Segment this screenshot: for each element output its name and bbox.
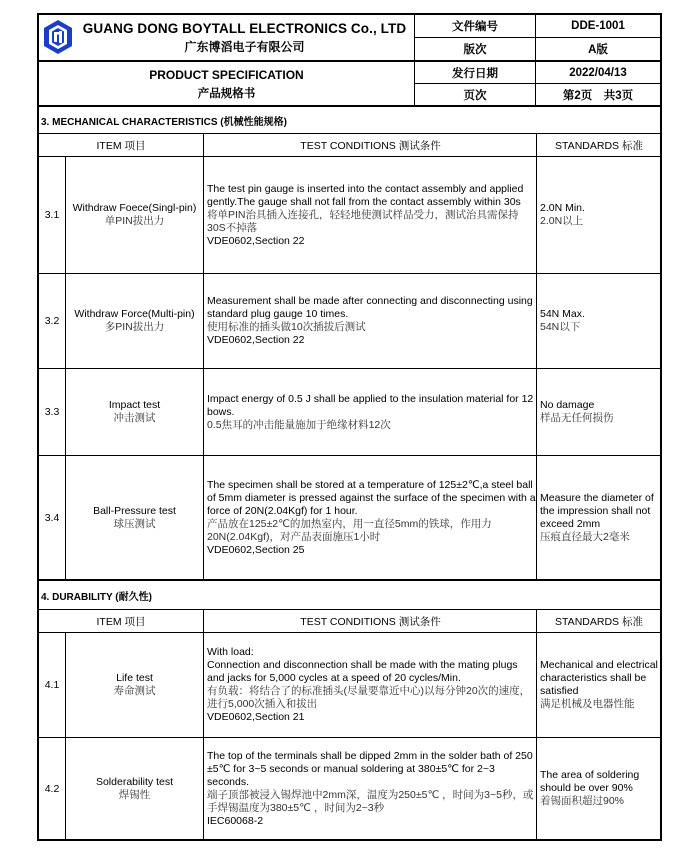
- column-header-item: ITEM 项目: [39, 134, 203, 156]
- test-conditions: The test pin gauge is inserted into the …: [205, 157, 537, 273]
- condition-text-cn: 有负载：将结合了的标准插头(尽量要靠近中心)以每分钟20次的速度，进行5,000…: [207, 685, 537, 711]
- item-name-en: Withdraw Force(Multi-pin): [74, 308, 194, 321]
- condition-reference: VDE0602,Section 22: [207, 334, 537, 347]
- test-conditions: With load: Connection and disconnection …: [205, 633, 537, 737]
- test-conditions: Measurement shall be made after connecti…: [205, 274, 537, 368]
- column-header-conditions: TEST CONDITIONS 测试条件: [204, 134, 537, 156]
- condition-text-en: Measurement shall be made after connecti…: [207, 295, 537, 321]
- standard-text-en: The area of soldering should be over 90%: [540, 769, 660, 795]
- item-name-en: Solderability test: [96, 776, 173, 789]
- meta-value-page: 第2页 共3页: [536, 84, 660, 105]
- column-header-standards: STANDARDS 标准: [538, 610, 660, 632]
- standard-text-cn: 54N以下: [540, 321, 660, 334]
- item-name-cn: 球压测试: [114, 518, 156, 531]
- condition-text-cn: 0.5焦耳的冲击能量施加于绝缘材料12次: [207, 419, 537, 432]
- condition-text-en: The top of the terminals shall be dipped…: [207, 750, 537, 789]
- standards: Mechanical and electrical characteristic…: [538, 633, 660, 737]
- condition-text-cn: 使用标准的插头做10次插拔后测试: [207, 321, 537, 334]
- table-row-item: Withdraw Force(Multi-pin) 多PIN拔出力: [66, 274, 203, 368]
- table-row-item: Impact test 冲击测试: [66, 369, 203, 455]
- standards: Measure the diameter of the impression s…: [538, 456, 660, 580]
- column-header-conditions: TEST CONDITIONS 测试条件: [204, 610, 537, 632]
- document-title-en: PRODUCT SPECIFICATION: [149, 68, 303, 82]
- company-name-cn: 广东博滔电子有限公司: [184, 38, 304, 55]
- condition-text-en: Impact energy of 0.5 J shall be applied …: [207, 393, 537, 419]
- standard-text-en: No damage: [540, 399, 660, 412]
- standard-text-en: 2.0N Min.: [540, 202, 660, 215]
- test-conditions: Impact energy of 0.5 J shall be applied …: [205, 369, 537, 455]
- meta-label-issue-date: 发行日期: [415, 62, 535, 83]
- company-name-en: GUANG DONG BOYTALL ELECTRONICS Co., LTD: [83, 21, 406, 36]
- meta-label-revision: 版次: [415, 38, 535, 60]
- table-row-item: Solderability test 焊锡性: [66, 738, 203, 839]
- item-name-cn: 多PIN拔出力: [105, 321, 165, 334]
- condition-reference: VDE0602,Section 21: [207, 711, 537, 724]
- condition-text-cn: 端子顶部被浸入锡焊池中2mm深，温度为250±5℃ ，时间为3~5秒，或手焊锡温…: [207, 789, 537, 815]
- item-name-cn: 焊锡性: [119, 789, 151, 802]
- condition-text-en: Connection and disconnection shall be ma…: [207, 659, 537, 685]
- standard-text-cn: 样品无任何损伤: [540, 412, 660, 425]
- row-number: 3.3: [39, 369, 65, 455]
- hexagon-cube-logo-icon: [43, 19, 73, 55]
- standard-text-cn: 2.0N以上: [540, 215, 660, 228]
- standard-text-cn: 着锡面积超过90%: [540, 795, 660, 808]
- meta-value-issue-date: 2022/04/13: [536, 62, 660, 83]
- row-number: 3.1: [39, 157, 65, 273]
- document-title-cell: PRODUCT SPECIFICATION 产品规格书: [39, 61, 414, 107]
- condition-reference: IEC60068-2: [207, 815, 537, 828]
- standards: 2.0N Min. 2.0N以上: [538, 157, 660, 273]
- standards: No damage 样品无任何损伤: [538, 369, 660, 455]
- table-row-item: Withdraw Foece(Singl-pin) 单PIN拔出力: [66, 157, 203, 273]
- item-name-en: Ball-Pressure test: [93, 505, 176, 518]
- row-number: 3.4: [39, 456, 65, 580]
- condition-text-cn: 产品放在125±2℃的加热室内，用一直径5mm的铁球，作用力20N(2.04Kg…: [207, 518, 537, 544]
- item-name-cn: 寿命测试: [114, 685, 156, 698]
- standards: The area of soldering should be over 90%…: [538, 738, 660, 839]
- standards: 54N Max. 54N以下: [538, 274, 660, 368]
- condition-label: With load:: [207, 646, 537, 659]
- document-title-cn: 产品规格书: [198, 85, 256, 101]
- condition-reference: VDE0602,Section 25: [207, 544, 537, 557]
- standard-text-cn: 满足机械及电器性能: [540, 698, 660, 711]
- standard-text-en: Measure the diameter of the impression s…: [540, 492, 660, 531]
- item-name-cn: 单PIN拔出力: [105, 215, 165, 228]
- standard-text-en: Mechanical and electrical characteristic…: [540, 659, 660, 698]
- meta-label-page: 页次: [415, 84, 535, 105]
- item-name-en: Withdraw Foece(Singl-pin): [73, 202, 197, 215]
- row-number: 3.2: [39, 274, 65, 368]
- table-row-item: Ball-Pressure test 球压测试: [66, 456, 203, 580]
- item-name-en: Impact test: [109, 399, 160, 412]
- test-conditions: The specimen shall be stored at a temper…: [205, 456, 537, 580]
- meta-value-doc-number: DDE-1001: [536, 15, 660, 37]
- table-row-item: Life test 寿命测试: [66, 633, 203, 737]
- meta-label-doc-number: 文件编号: [415, 15, 535, 37]
- condition-text-cn: 将单PIN治具插入连接孔，轻轻地使测试样品受力，测试治具需保持30S不掉落: [207, 209, 537, 235]
- meta-value-revision: A版: [536, 38, 660, 60]
- condition-reference: VDE0602,Section 22: [207, 235, 537, 248]
- section-3-title: 3. MECHANICAL CHARACTERISTICS (机械性能规格): [39, 107, 660, 134]
- item-name-en: Life test: [116, 672, 153, 685]
- company-cell: GUANG DONG BOYTALL ELECTRONICS Co., LTD …: [39, 15, 414, 61]
- column-header-standards: STANDARDS 标准: [538, 134, 660, 156]
- item-name-cn: 冲击测试: [114, 412, 156, 425]
- column-header-item: ITEM 项目: [39, 610, 203, 632]
- standard-text-cn: 压痕直径最大2毫米: [540, 531, 660, 544]
- condition-text-en: The test pin gauge is inserted into the …: [207, 183, 537, 209]
- section-4-title: 4. DURABILITY (耐久性): [39, 581, 660, 609]
- row-number: 4.2: [39, 738, 65, 839]
- condition-text-en: The specimen shall be stored at a temper…: [207, 479, 537, 518]
- test-conditions: The top of the terminals shall be dipped…: [205, 738, 537, 839]
- spec-sheet: GUANG DONG BOYTALL ELECTRONICS Co., LTD …: [37, 13, 662, 841]
- row-number: 4.1: [39, 633, 65, 737]
- standard-text-en: 54N Max.: [540, 308, 660, 321]
